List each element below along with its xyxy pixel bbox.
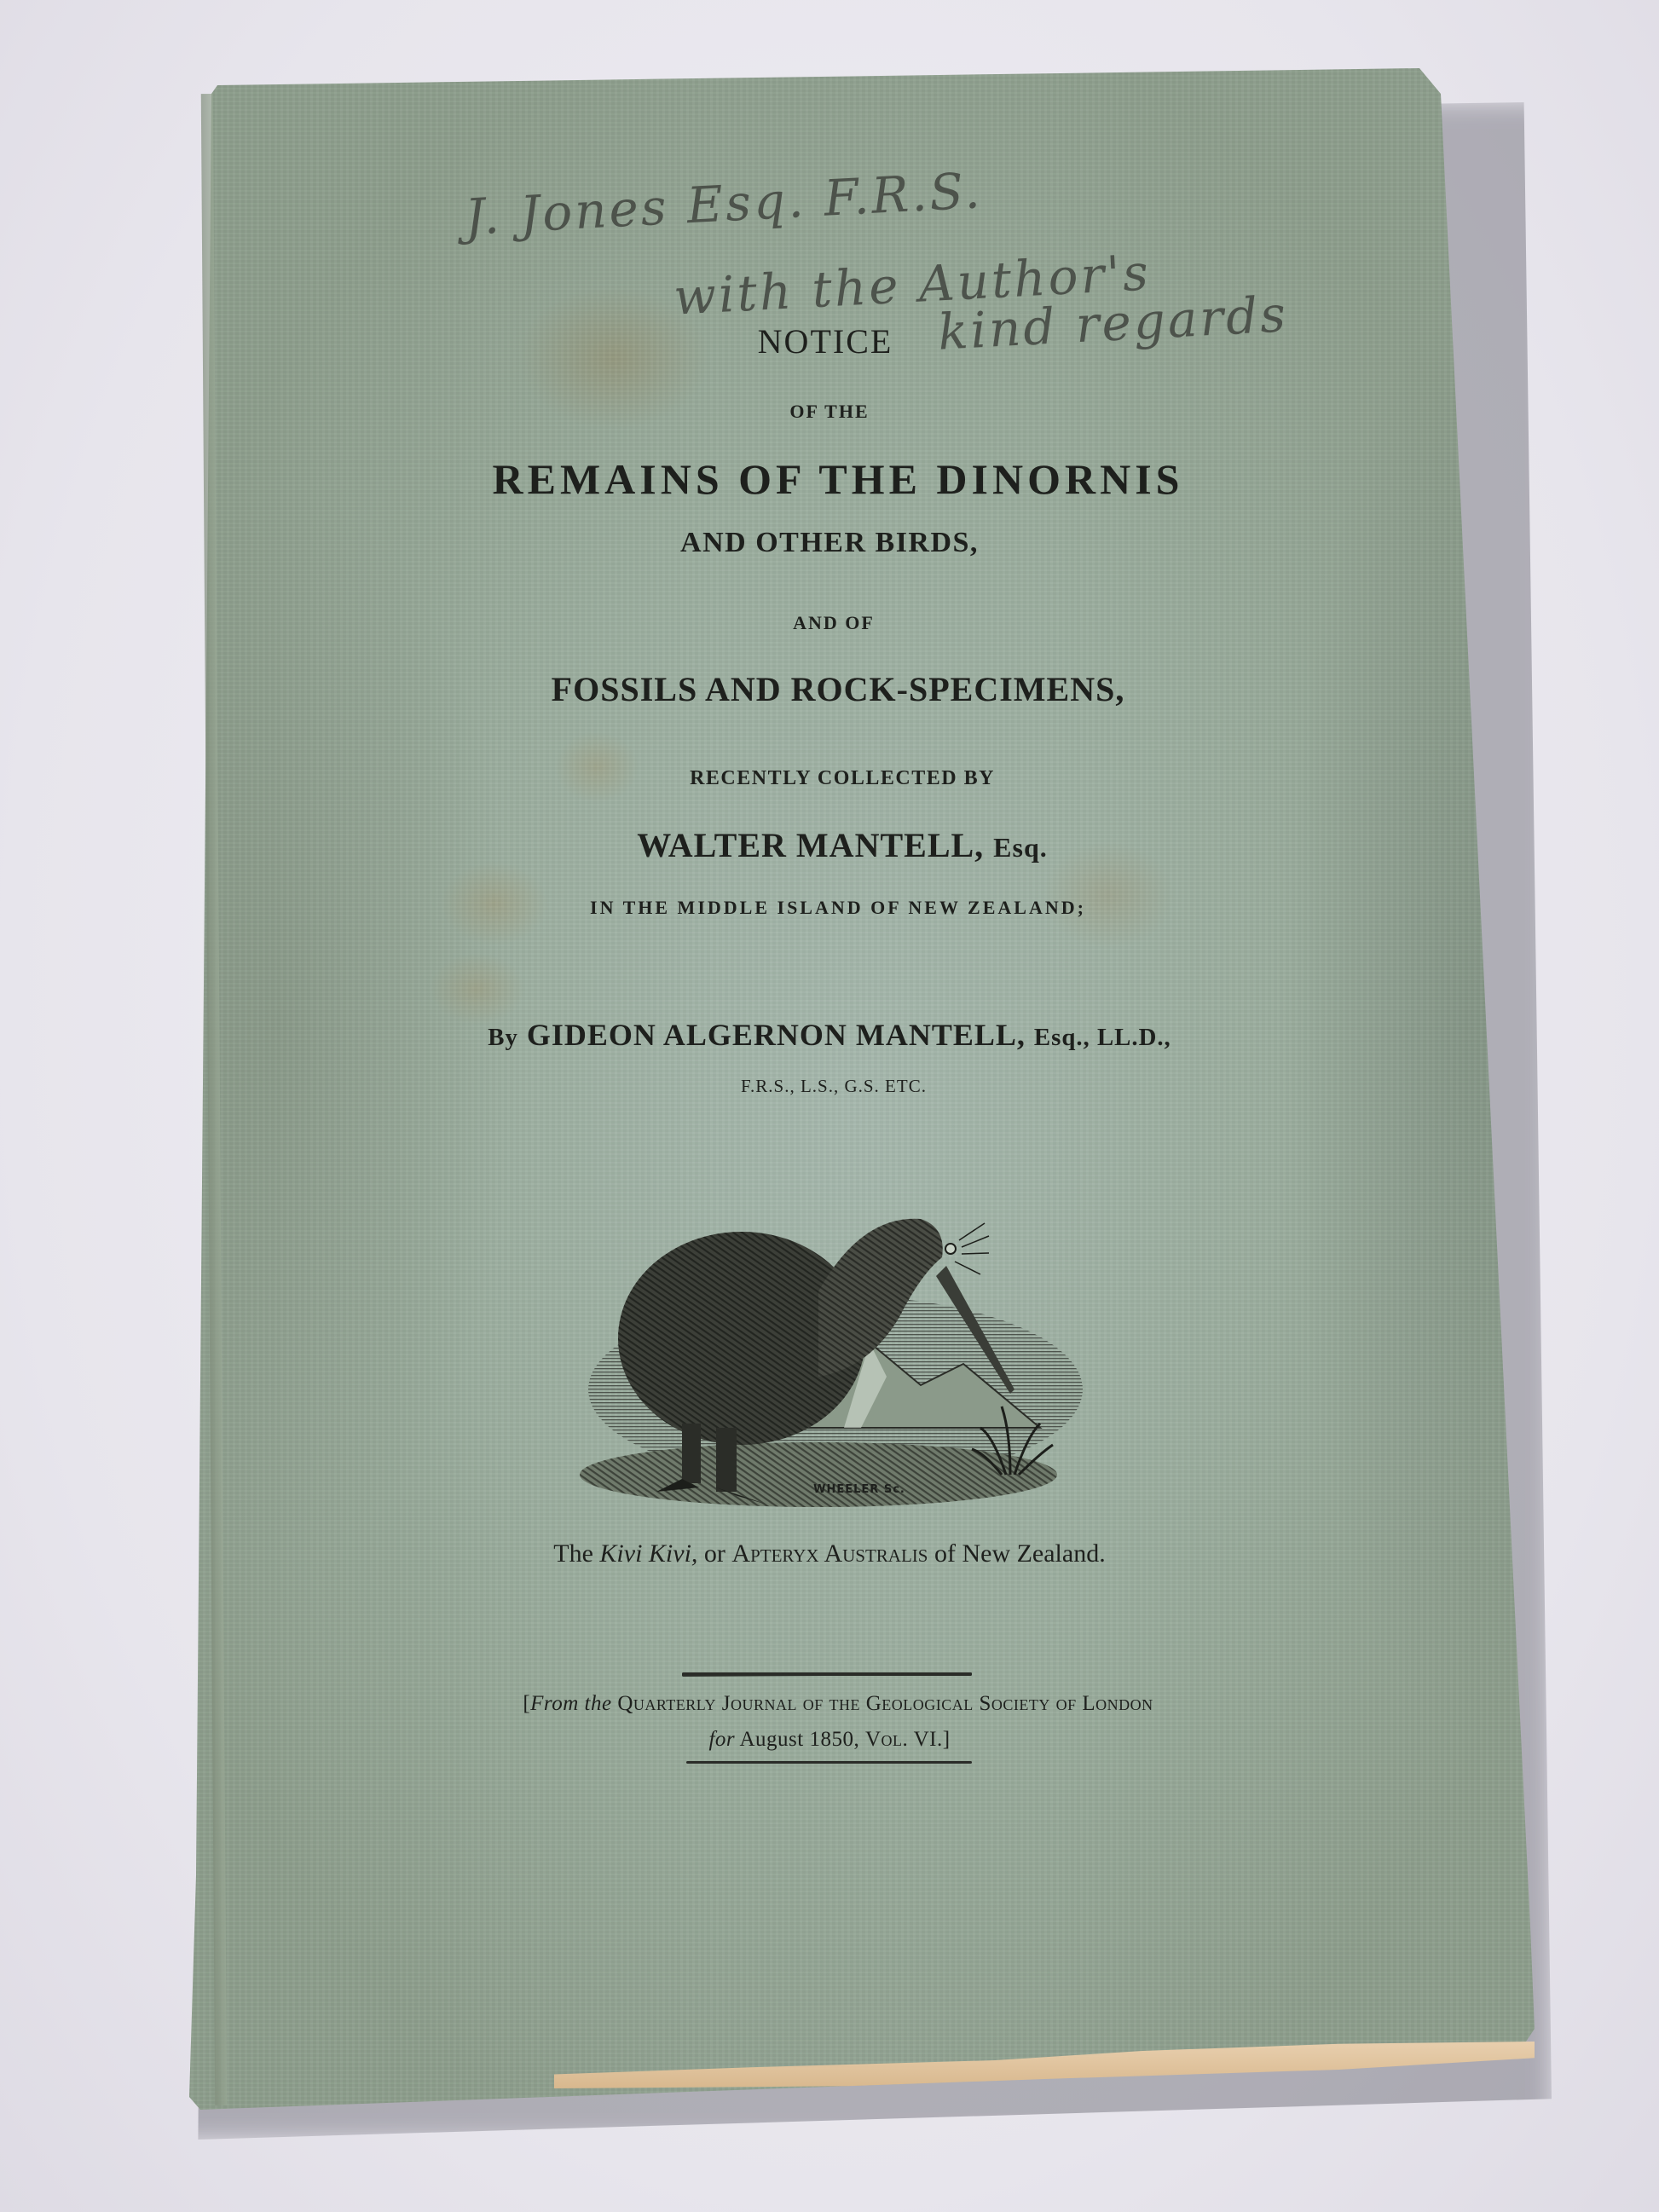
collector-name-text: WALTER MANTELL, [637,826,984,864]
source-bracket: [ [523,1692,530,1715]
source-volume: Vol. VI.] [865,1728,951,1751]
collector-name: WALTER MANTELL, Esq. [13,825,1659,865]
caption-middle: or [704,1539,725,1568]
engraver-signature: WHEELER Sc. [30,1483,1659,1496]
location-line: IN THE MIDDLE ISLAND OF NEW ZEALAND; [9,897,1659,919]
author-line: By GIDEON ALGERNON MANTELL, Esq., LL.D., [0,1017,1659,1053]
heading-and-of: AND OF [4,612,1659,634]
source-for: for [708,1728,735,1751]
heading-recently-collected: RECENTLY COLLECTED BY [13,767,1659,790]
author-name: GIDEON ALGERNON MANTELL, [527,1018,1026,1052]
illustration-caption: The Kivi Kivi, or Apteryx Australis of N… [0,1539,1659,1568]
heading-notice: NOTICE [0,321,1655,361]
author-suffix: Esq., LL.D., [1034,1024,1171,1051]
heading-of-the: OF THE [0,401,1659,423]
subtitle-other-birds: AND OTHER BIRDS, [0,527,1659,559]
title-page: NOTICE OF THE REMAINS OF THE DINORNIS AN… [0,0,1659,2212]
subtitle-fossils: FOSSILS AND ROCK-SPECIMENS, [9,669,1659,709]
caption-italic-name: Kivi Kivi, [599,1539,697,1568]
rule-bottom [686,1761,972,1764]
kiwi-engraving-icon [563,1181,1091,1513]
source-date: August 1850, [740,1728,860,1751]
caption-species: Apteryx Australis [731,1539,928,1568]
source-journal: Quarterly Journal of the Geological Soci… [617,1692,1153,1715]
collector-suffix: Esq. [993,832,1048,863]
caption-suffix: of New Zealand. [934,1539,1106,1568]
rule-top-b [682,1672,972,1675]
by-prefix: By [488,1024,518,1051]
main-title: REMAINS OF THE DINORNIS [9,454,1659,504]
caption-prefix: The [553,1539,593,1568]
author-credentials: F.R.S., L.S., G.S. ETC. [4,1076,1659,1097]
source-from: From the [530,1692,611,1715]
source-line-1: [From the Quarterly Journal of the Geolo… [9,1692,1659,1716]
source-line-2: for August 1850, Vol. VI.] [0,1728,1659,1752]
booklet: J. Jones Esq. F.R.S. with the Author's k… [0,0,1659,2212]
